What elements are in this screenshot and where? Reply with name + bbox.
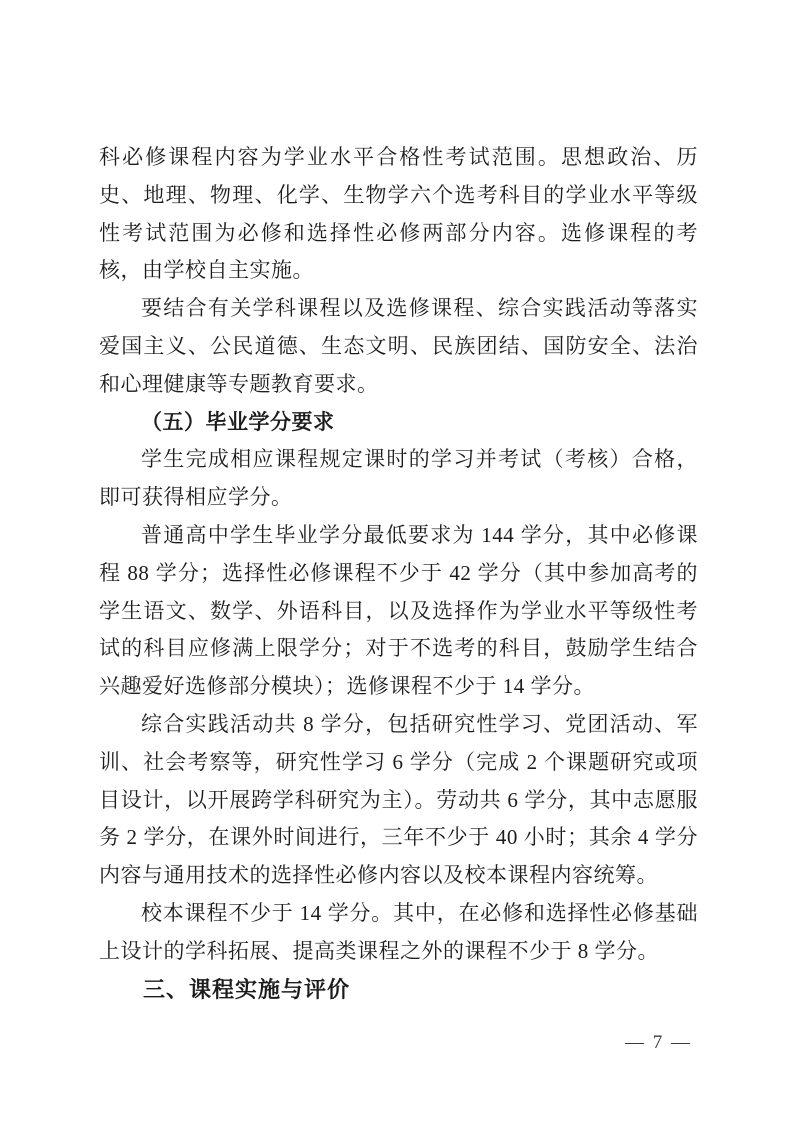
document-body: 科必修课程内容为学业水平合格性考试范围。思想政治、历史、地理、物理、化学、生物学… (99, 139, 698, 1008)
paragraph-school-courses: 校本课程不少于 14 学分。其中，在必修和选择性必修基础上设计的学科拓展、提高类… (99, 895, 698, 971)
paragraph-practice-credits: 综合实践活动共 8 学分，包括研究性学习、党团活动、军训、社会考察等，研究性学习… (99, 706, 698, 895)
paragraph-education-themes: 要结合有关学科课程以及选修课程、综合实践活动等落实爱国主义、公民道德、生态文明、… (99, 290, 698, 403)
heading-implementation: 三、课程实施与评价 (99, 971, 698, 1009)
document-page: 科必修课程内容为学业水平合格性考试范围。思想政治、历史、地理、物理、化学、生物学… (0, 0, 793, 1122)
page-number: — 7 — (625, 1032, 692, 1054)
heading-graduation-credits: （五）毕业学分要求 (99, 404, 698, 442)
paragraph-credit-obtain: 学生完成相应课程规定课时的学习并考试（考核）合格，即可获得相应学分。 (99, 441, 698, 517)
paragraph-exam-scope: 科必修课程内容为学业水平合格性考试范围。思想政治、历史、地理、物理、化学、生物学… (99, 139, 698, 290)
paragraph-min-credits: 普通高中学生毕业学分最低要求为 144 学分，其中必修课程 88 学分；选择性必… (99, 517, 698, 706)
